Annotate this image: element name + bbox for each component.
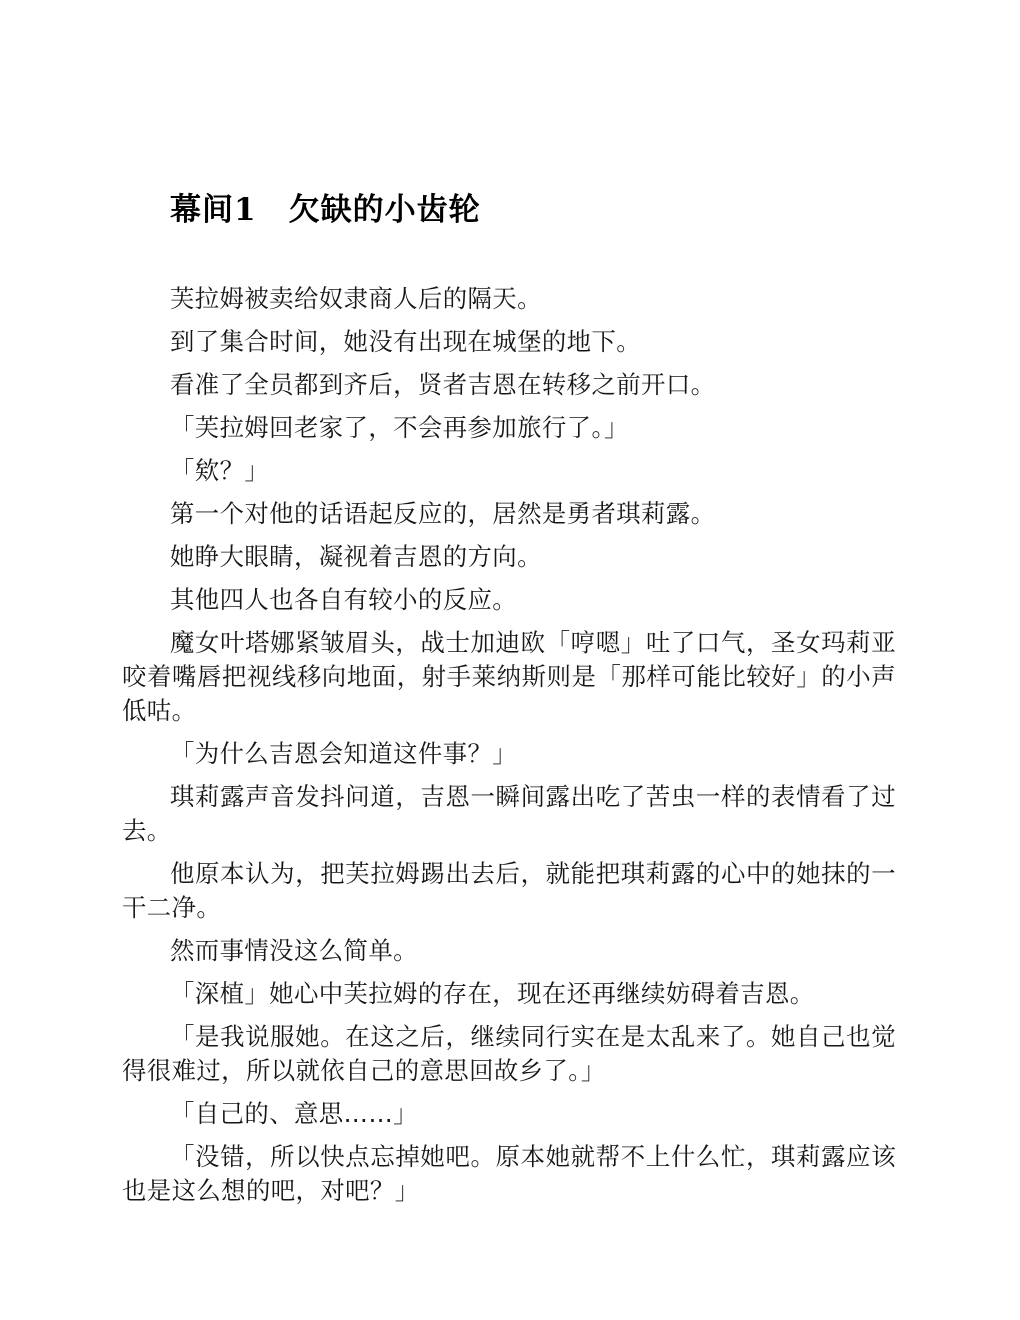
chapter-title: 幕间1 欠缺的小齿轮 [170, 184, 481, 229]
paragraph: 「为什么吉恩会知道这件事？」 [122, 737, 896, 771]
paragraph: 第一个对他的话语起反应的，居然是勇者琪莉露。 [122, 497, 896, 531]
paragraph: 「是我说服她。在这之后，继续同行实在是太乱来了。她自己也觉得很难过，所以就依自己… [122, 1020, 896, 1088]
paragraph: 魔女叶塔娜紧皱眉头，战士加迪欧「哼嗯」吐了口气，圣女玛莉亚咬着嘴唇把视线移向地面… [122, 626, 896, 728]
paragraph: 到了集合时间，她没有出现在城堡的地下。 [122, 325, 896, 359]
paragraph: 「自己的、意思……」 [122, 1097, 896, 1131]
paragraph: 她睁大眼睛，凝视着吉恩的方向。 [122, 540, 896, 574]
paragraph: 「欸？」 [122, 454, 896, 488]
paragraph: 「没错，所以快点忘掉她吧。原本她就帮不上什么忙，琪莉露应该也是这么想的吧，对吧？… [122, 1140, 896, 1208]
paragraph: 琪莉露声音发抖问道，吉恩一瞬间露出吃了苦虫一样的表情看了过去。 [122, 780, 896, 848]
paragraph: 然而事情没这么简单。 [122, 934, 896, 968]
paragraph: 他原本认为，把芙拉姆踢出去后，就能把琪莉露的心中的她抹的一干二净。 [122, 857, 896, 925]
paragraph: 其他四人也各自有较小的反应。 [122, 583, 896, 617]
paragraph: 芙拉姆被卖给奴隶商人后的隔天。 [122, 282, 896, 316]
chapter-body: 芙拉姆被卖给奴隶商人后的隔天。 到了集合时间，她没有出现在城堡的地下。 看准了全… [122, 282, 896, 1217]
paragraph: 「深植」她心中芙拉姆的存在，现在还再继续妨碍着吉恩。 [122, 977, 896, 1011]
paragraph: 看准了全员都到齐后，贤者吉恩在转移之前开口。 [122, 368, 896, 402]
paragraph: 「芙拉姆回老家了，不会再参加旅行了。」 [122, 411, 896, 445]
